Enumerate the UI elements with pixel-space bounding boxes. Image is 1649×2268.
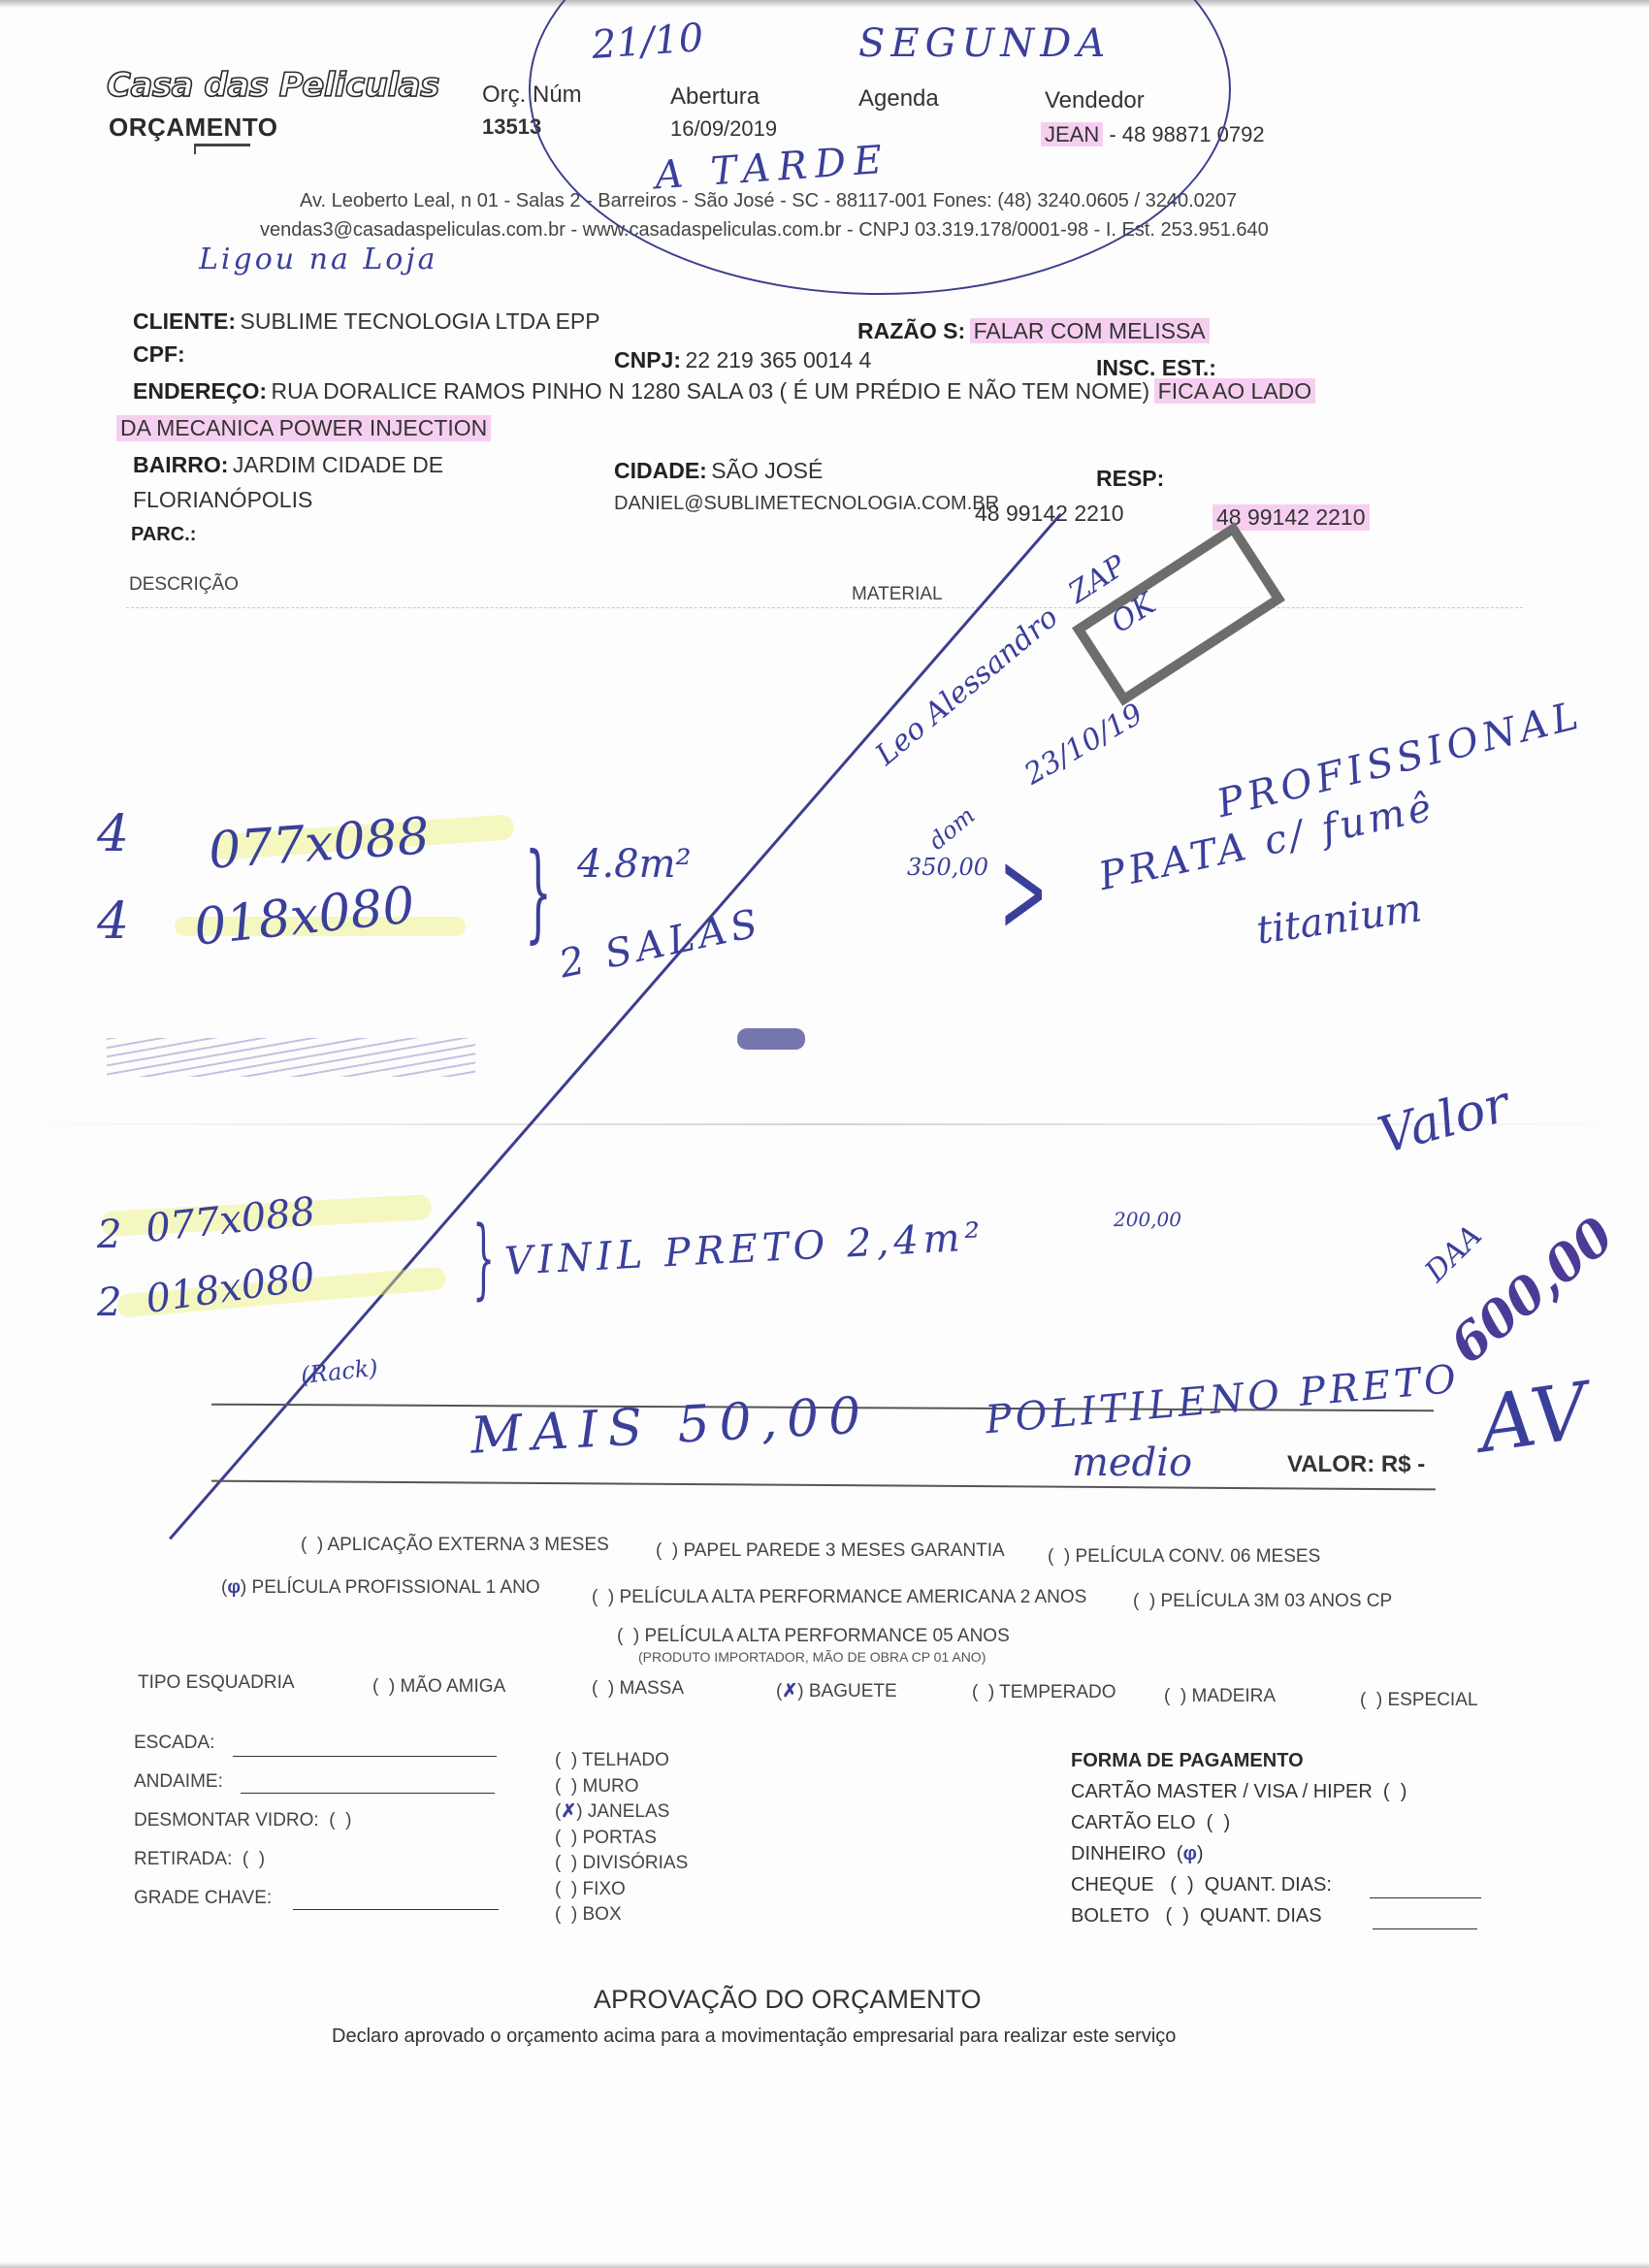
endereco-highlight-2: DA MECANICA POWER INJECTION [116, 415, 491, 441]
grade-chave-field[interactable] [293, 1909, 499, 1910]
razao-row: RAZÃO S: FALAR COM MELISSA [857, 318, 1210, 344]
local-portas[interactable]: ( ) PORTAS [555, 1826, 688, 1852]
brace-1: } [525, 829, 552, 954]
escada-field[interactable] [233, 1756, 497, 1757]
esquadria-option-label: BAGUETE [809, 1681, 897, 1701]
scribble-blot [737, 1028, 805, 1050]
hand-date: 21/10 [591, 16, 705, 68]
warranty-option-7[interactable]: ( ) PELÍCULA ALTA PERFORMANCE 05 ANOS [617, 1626, 1010, 1647]
hand-extra-product-b: medio [1072, 1441, 1192, 1485]
approval-text: Declaro aprovado o orçamento acima para … [332, 2025, 1176, 2048]
warranty-label: PAPEL PAREDE 3 MESES GARANTIA [684, 1540, 1005, 1561]
hand-total-prefix: DAA [1418, 1218, 1488, 1288]
esquadria-option-label: ESPECIAL [1388, 1690, 1478, 1710]
local-fixo[interactable]: ( ) FIXO [555, 1877, 688, 1903]
hand-signature: Leo Alessandro [869, 600, 1065, 772]
esquadria-option-baguete[interactable]: (✗) BAGUETE [776, 1680, 897, 1702]
local-telhado[interactable]: ( ) TELHADO [555, 1748, 688, 1774]
warranty-option-2[interactable]: ( ) PAPEL PAREDE 3 MESES GARANTIA [656, 1540, 1005, 1562]
warranty-label: PELÍCULA ALTA PERFORMANCE AMERICANA 2 AN… [620, 1587, 1087, 1607]
approval-title: APROVAÇÃO DO ORÇAMENTO [594, 1985, 982, 2015]
item-3-qty: 2 [97, 1213, 121, 1257]
pag-label: CARTÃO MASTER / VISA / HIPER [1071, 1781, 1373, 1802]
cliente-row: CLIENTE: SUBLIME TECNOLOGIA LTDA EPP [133, 308, 600, 335]
cidade-label: CIDADE: [614, 458, 707, 483]
warranty-label: PELÍCULA PROFISSIONAL 1 ANO [252, 1577, 540, 1598]
hand-side-signature: Valor [1373, 1075, 1515, 1165]
hand-signature-sub: dom [923, 801, 980, 855]
client-email: DANIEL@SUBLIMETECNOLOGIA.COM.BR [614, 493, 999, 515]
col-material: MATERIAL [852, 584, 943, 605]
hand-price-2: 200,00 [1114, 1208, 1181, 1231]
cliente-label: CLIENTE: [133, 308, 236, 334]
local-label: FIXO [583, 1879, 626, 1899]
endereco-label: ENDEREÇO: [133, 378, 267, 404]
doc-title: ORÇAMENTO [109, 113, 277, 143]
hand-area-1: 4.8m² [577, 842, 692, 887]
check-x-icon: ✗ [561, 1801, 576, 1822]
endereco-highlight: FICA AO LADO [1154, 378, 1316, 404]
warranty-label: PELÍCULA ALTA PERFORMANCE 05 ANOS [645, 1626, 1010, 1646]
brace-arrow: > [999, 825, 1048, 959]
divider-dotted [126, 607, 1523, 608]
esquadria-option-label: MADEIRA [1192, 1686, 1277, 1706]
bairro-value-2: FLORIANÓPOLIS [133, 487, 312, 513]
pagamento-title: FORMA DE PAGAMENTO [1071, 1750, 1304, 1772]
cidade-value: SÃO JOSÉ [711, 458, 823, 483]
endereco-row: ENDEREÇO: RUA DORALICE RAMOS PINHO N 128… [133, 378, 1315, 405]
client-phone-1: 48 99142 2210 [975, 501, 1124, 527]
local-label: MURO [583, 1776, 639, 1797]
hand-price-1: 350,00 [907, 854, 988, 881]
warranty-option-5[interactable]: ( ) PELÍCULA ALTA PERFORMANCE AMERICANA … [592, 1587, 1086, 1608]
bairro-label: BAIRRO: [133, 452, 228, 477]
andaime-label: ANDAIME: [134, 1771, 223, 1793]
stamp-box [1072, 522, 1285, 705]
item-4-size: 018x080 [144, 1254, 318, 1322]
item-1-size: 077x088 [207, 807, 431, 881]
cidade-row: CIDADE: SÃO JOSÉ [614, 458, 823, 484]
local-label: PORTAS [583, 1828, 657, 1848]
andaime-field[interactable] [241, 1793, 495, 1794]
esquadria-option-madeira[interactable]: ( ) MADEIRA [1164, 1686, 1276, 1707]
esquadria-label: TIPO ESQUADRIA [138, 1672, 295, 1694]
esquadria-option-mao-amiga[interactable]: ( ) MÃO AMIGA [372, 1676, 505, 1698]
local-janelas[interactable]: (✗) JANELAS [555, 1799, 688, 1826]
mark-bracket [194, 144, 250, 154]
col-descricao: DESCRIÇÃO [129, 574, 239, 596]
retirada-row[interactable]: RETIRADA: ( ) [134, 1849, 265, 1870]
cpf-label: CPF: [133, 341, 185, 368]
warranty-option-4[interactable]: (φ) PELÍCULA PROFISSIONAL 1 ANO [221, 1577, 540, 1599]
bairro-row: BAIRRO: JARDIM CIDADE DE [133, 452, 443, 478]
warranty-note: (PRODUTO IMPORTADOR, MÃO DE OBRA CP 01 A… [638, 1649, 986, 1665]
esquadria-option-label: MÃO AMIGA [401, 1676, 506, 1697]
value-line-bottom [211, 1480, 1436, 1491]
esquadria-option-label: TEMPERADO [999, 1682, 1115, 1702]
endereco-value: RUA DORALICE RAMOS PINHO N 1280 SALA 03 … [271, 378, 1149, 404]
razao-label: RAZÃO S: [857, 318, 965, 343]
pag-cartao-master[interactable]: CARTÃO MASTER / VISA / HIPER ( ) [1071, 1781, 1406, 1803]
warranty-option-1[interactable]: ( ) APLICAÇÃO EXTERNA 3 MESES [301, 1535, 609, 1556]
pag-label: CARTÃO ELO [1071, 1812, 1196, 1833]
quant-dias-label: QUANT. DIAS: [1205, 1874, 1332, 1895]
pag-dinheiro[interactable]: DINHEIRO (φ) [1071, 1843, 1204, 1865]
check-mark-icon: φ [227, 1577, 241, 1598]
boleto-dias-field[interactable] [1373, 1928, 1477, 1929]
quant-dias-label: QUANT. DIAS [1200, 1905, 1322, 1927]
cnpj-label: CNPJ: [614, 347, 681, 373]
cheque-dias-field[interactable] [1370, 1897, 1481, 1898]
scan-edge-bottom [0, 2262, 1649, 2268]
pag-cartao-elo[interactable]: CARTÃO ELO ( ) [1071, 1812, 1230, 1834]
brace-2: } [472, 1208, 495, 1310]
local-muro[interactable]: ( ) MURO [555, 1774, 688, 1800]
local-box[interactable]: ( ) BOX [555, 1902, 688, 1928]
item-1-qty: 4 [97, 805, 129, 863]
esquadria-option-label: MASSA [620, 1678, 685, 1699]
valor-label: VALOR: R$ - [1287, 1451, 1425, 1478]
esquadria-option-especial[interactable]: ( ) ESPECIAL [1360, 1690, 1477, 1711]
pag-boleto[interactable]: BOLETO ( ) QUANT. DIAS [1071, 1905, 1322, 1928]
warranty-label: APLICAÇÃO EXTERNA 3 MESES [327, 1535, 608, 1555]
item-2-size: 018x080 [191, 876, 417, 956]
retirada-label: RETIRADA: [134, 1849, 232, 1869]
hand-extra-line: MAIS 50,00 [469, 1386, 872, 1465]
item-4-qty: 2 [97, 1280, 121, 1325]
item-3-size: 077x088 [144, 1189, 317, 1251]
bairro-value: JARDIM CIDADE DE [233, 452, 443, 477]
pag-label: BOLETO [1071, 1905, 1149, 1927]
cnpj-row: CNPJ: 22 219 365 0014 4 [614, 347, 871, 373]
company-logo: Casa das Peliculas [107, 66, 439, 105]
locais-list: ( ) TELHADO ( ) MURO (✗) JANELAS ( ) POR… [555, 1748, 688, 1928]
esquadria-option-temperado[interactable]: ( ) TEMPERADO [972, 1682, 1116, 1703]
check-mark-icon: φ [1183, 1843, 1197, 1864]
warranty-label: PELÍCULA 3M 03 ANOS CP [1161, 1591, 1393, 1611]
esquadria-option-massa[interactable]: ( ) MASSA [592, 1678, 684, 1700]
parc-label: PARC.: [131, 524, 196, 546]
local-label: TELHADO [582, 1750, 669, 1770]
desmontar-row[interactable]: DESMONTAR VIDRO: ( ) [134, 1810, 352, 1831]
warranty-option-3[interactable]: ( ) PELÍCULA CONV. 06 MESES [1048, 1546, 1320, 1568]
hand-day: SEGUNDA [858, 21, 1111, 66]
desmontar-label: DESMONTAR VIDRO: [134, 1810, 319, 1831]
hand-product-1c: titanium [1254, 886, 1425, 953]
local-label: BOX [583, 1904, 622, 1925]
warranty-label: PELÍCULA CONV. 06 MESES [1076, 1546, 1321, 1567]
hand-rack: (Rack) [300, 1354, 379, 1389]
item-2-qty: 4 [97, 892, 129, 951]
pag-label: DINHEIRO [1071, 1843, 1166, 1864]
hand-signature-date: 23/10/19 [1018, 697, 1148, 793]
local-label: DIVISÓRIAS [583, 1853, 689, 1873]
scribble-out [107, 1038, 475, 1077]
escada-label: ESCADA: [134, 1733, 214, 1754]
check-x-icon: ✗ [782, 1681, 797, 1701]
warranty-option-6[interactable]: ( ) PELÍCULA 3M 03 ANOS CP [1133, 1591, 1392, 1612]
local-divisorias[interactable]: ( ) DIVISÓRIAS [555, 1851, 688, 1877]
hand-ligou: Ligou na Loja [199, 243, 438, 276]
hand-initials: AV [1473, 1366, 1593, 1471]
pag-label: CHEQUE [1071, 1874, 1154, 1895]
hand-extra-product: POLITILENO PRETO [984, 1357, 1462, 1443]
cnpj-value: 22 219 365 0014 4 [685, 347, 871, 373]
insc-est-label: INSC. EST.: [1096, 355, 1216, 381]
razao-value: FALAR COM MELISSA [970, 318, 1210, 343]
grade-chave-label: GRADE CHAVE: [134, 1888, 272, 1909]
hand-product-2: VINIL PRETO 2,4m² [503, 1215, 986, 1284]
pag-cheque[interactable]: CHEQUE ( ) QUANT. DIAS: [1071, 1874, 1332, 1896]
resp-label: RESP: [1096, 466, 1164, 492]
local-label: JANELAS [588, 1801, 669, 1822]
cliente-value: SUBLIME TECNOLOGIA LTDA EPP [241, 308, 600, 334]
